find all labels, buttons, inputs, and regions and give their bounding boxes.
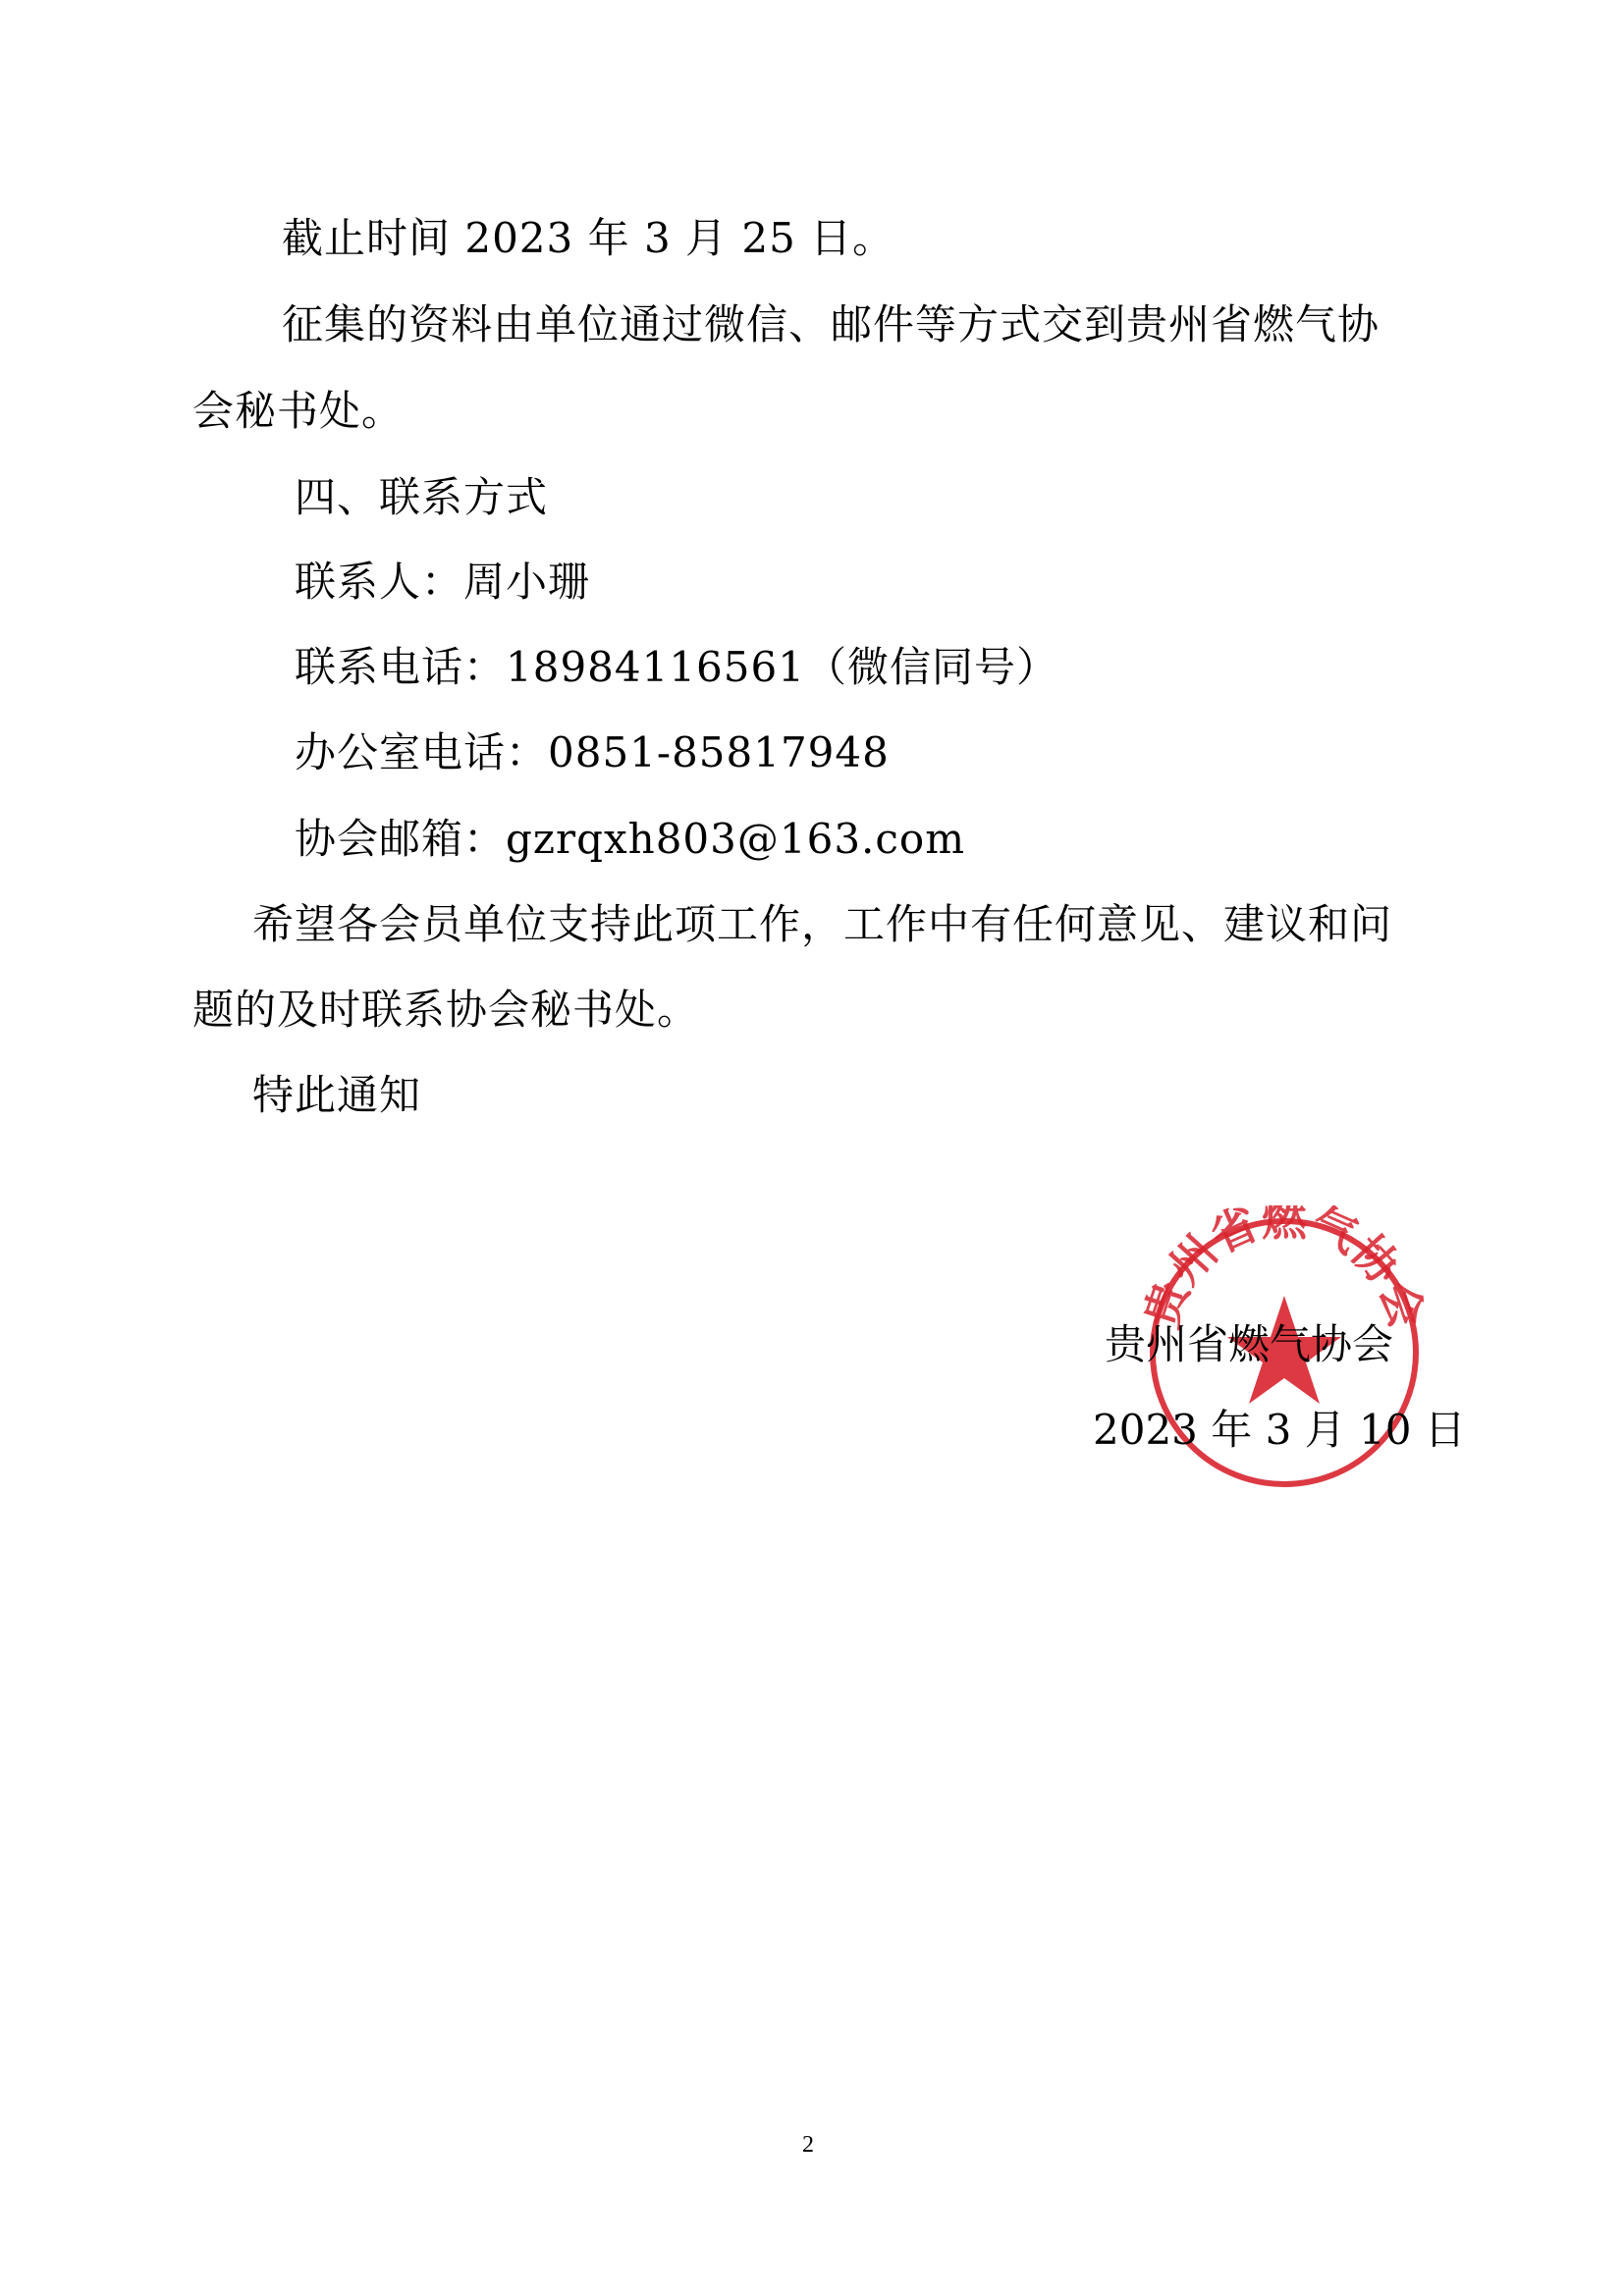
submission-text-line-1: 征集的资料由单位通过微信、邮件等方式交到贵州省燃气协 [282,300,1380,349]
signature-date: 2023 年 3 月 10 日 [1093,1406,1466,1455]
email-address: 协会邮箱：gzrqxh803@163.com [295,815,965,864]
closing-text-line-2: 题的及时联系协会秘书处。 [192,986,699,1035]
closing-text-line-1: 希望各会员单位支持此项工作，工作中有任何意见、建议和问 [252,900,1392,949]
section-heading: 四、联系方式 [295,473,548,522]
document-page: 截止时间 2023 年 3 月 25 日。 征集的资料由单位通过微信、邮件等方式… [0,0,1624,2296]
notice-text: 特此通知 [252,1071,421,1120]
submission-text-line-2: 会秘书处。 [192,387,404,436]
contact-phone: 联系电话：18984116561（微信同号） [295,643,1058,692]
deadline-text: 截止时间 2023 年 3 月 25 日。 [282,214,894,263]
signature-organization: 贵州省燃气协会 [1105,1320,1393,1369]
office-phone: 办公室电话：0851-85817948 [295,728,890,777]
page-number: 2 [802,2130,814,2160]
contact-person: 联系人：周小珊 [295,558,590,607]
